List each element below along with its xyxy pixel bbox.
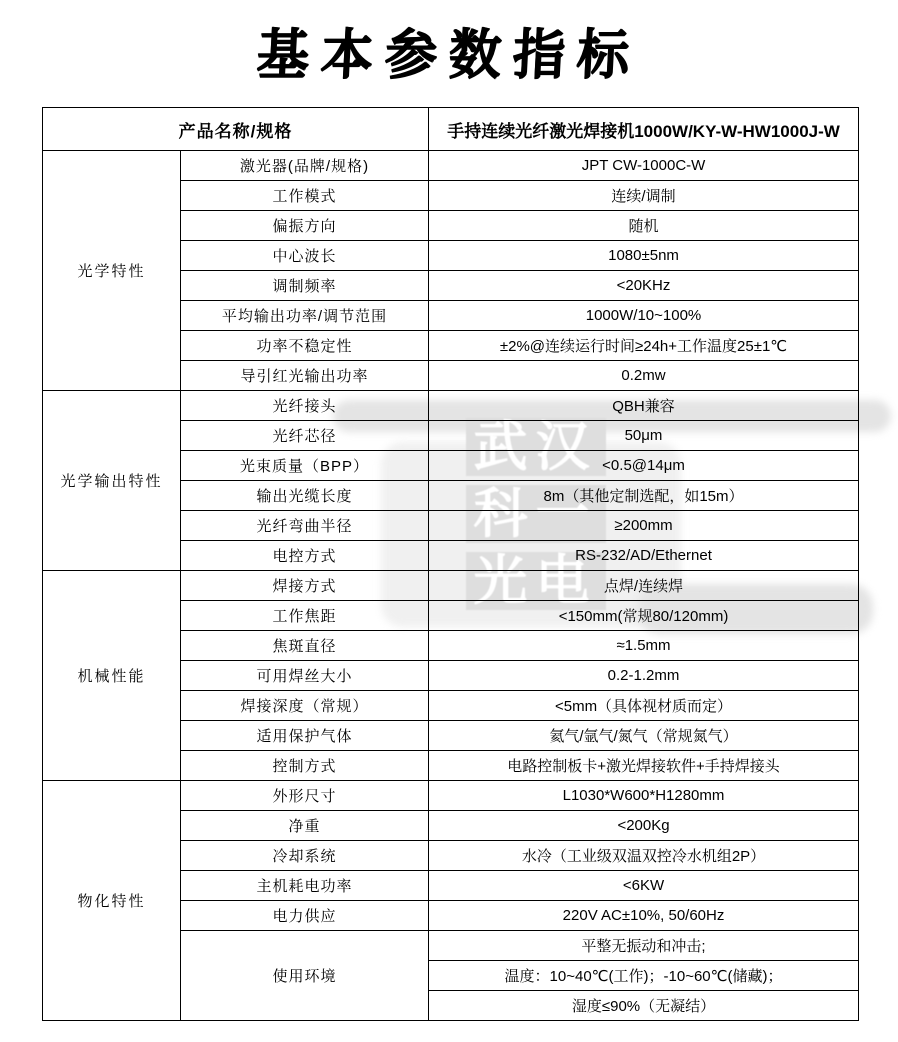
spec-value-cell: L1030*W600*H1280mm bbox=[429, 781, 859, 811]
spec-value-cell: 温度：10~40℃(工作)；-10~60℃(储藏)； bbox=[429, 961, 859, 991]
spec-value-cell: 220V AC±10%, 50/60Hz bbox=[429, 901, 859, 931]
spec-value-cell: 电路控制板卡+激光焊接软件+手持焊接头 bbox=[429, 751, 859, 781]
spec-label-cell: 光纤芯径 bbox=[181, 421, 429, 451]
spec-value-cell: 8m（其他定制选配，如15m） bbox=[429, 481, 859, 511]
spec-value-cell: <150mm(常规80/120mm) bbox=[429, 601, 859, 631]
spec-table: 产品名称/规格 手持连续光纤激光焊接机1000W/KY-W-HW1000J-W … bbox=[42, 107, 859, 1021]
spec-row: 物化特性外形尺寸L1030*W600*H1280mm bbox=[43, 781, 859, 811]
spec-label-cell: 使用环境 bbox=[181, 931, 429, 1021]
spec-value-cell: 1000W/10~100% bbox=[429, 301, 859, 331]
spec-label-cell: 主机耗电功率 bbox=[181, 871, 429, 901]
spec-label-cell: 净重 bbox=[181, 811, 429, 841]
spec-value-cell: ±2%@连续运行时间≥24h+工作温度25±1℃ bbox=[429, 331, 859, 361]
spec-label-cell: 工作焦距 bbox=[181, 601, 429, 631]
spec-value-cell: 点焊/连续焊 bbox=[429, 571, 859, 601]
spec-label-cell: 输出光缆长度 bbox=[181, 481, 429, 511]
page-title: 基本参数指标 bbox=[0, 11, 898, 89]
spec-value-cell: <6KW bbox=[429, 871, 859, 901]
spec-value-cell: 随机 bbox=[429, 211, 859, 241]
group-cell: 物化特性 bbox=[43, 781, 181, 1021]
spec-label-cell: 功率不稳定性 bbox=[181, 331, 429, 361]
spec-label-cell: 光纤弯曲半径 bbox=[181, 511, 429, 541]
spec-row: 机械性能焊接方式点焊/连续焊 bbox=[43, 571, 859, 601]
spec-value-cell: 氦气/氩气/氮气（常规氮气） bbox=[429, 721, 859, 751]
spec-value-cell: 水冷（工业级双温双控冷水机组2P） bbox=[429, 841, 859, 871]
spec-label-cell: 外形尺寸 bbox=[181, 781, 429, 811]
spec-value-cell: 1080±5nm bbox=[429, 241, 859, 271]
spec-value-cell: 0.2mw bbox=[429, 361, 859, 391]
spec-row: 光学特性激光器(品牌/规格)JPT CW-1000C-W bbox=[43, 151, 859, 181]
spec-value-cell: JPT CW-1000C-W bbox=[429, 151, 859, 181]
spec-row: 光学输出特性光纤接头QBH兼容 bbox=[43, 391, 859, 421]
spec-sheet-page: 基本参数指标 武汉 科一 光电 产品名称/规格 手持连续光纤激光焊接机1000W… bbox=[0, 0, 898, 1042]
spec-label-cell: 光纤接头 bbox=[181, 391, 429, 421]
spec-value-cell: <200Kg bbox=[429, 811, 859, 841]
group-cell: 光学输出特性 bbox=[43, 391, 181, 571]
spec-value-cell: ≈1.5mm bbox=[429, 631, 859, 661]
spec-label-cell: 可用焊丝大小 bbox=[181, 661, 429, 691]
spec-value-cell: RS-232/AD/Ethernet bbox=[429, 541, 859, 571]
spec-label-cell: 光束质量（BPP） bbox=[181, 451, 429, 481]
spec-label-cell: 焊接深度（常规） bbox=[181, 691, 429, 721]
header-product-model: 手持连续光纤激光焊接机1000W/KY-W-HW1000J-W bbox=[429, 108, 859, 151]
spec-value-cell: 0.2-1.2mm bbox=[429, 661, 859, 691]
spec-label-cell: 冷却系统 bbox=[181, 841, 429, 871]
spec-value-cell: 连续/调制 bbox=[429, 181, 859, 211]
spec-value-cell: 50μm bbox=[429, 421, 859, 451]
spec-label-cell: 偏振方向 bbox=[181, 211, 429, 241]
group-cell: 机械性能 bbox=[43, 571, 181, 781]
spec-value-cell: <5mm（具体视材质而定） bbox=[429, 691, 859, 721]
spec-label-cell: 焦斑直径 bbox=[181, 631, 429, 661]
spec-value-cell: QBH兼容 bbox=[429, 391, 859, 421]
group-cell: 光学特性 bbox=[43, 151, 181, 391]
spec-value-cell: ≥200mm bbox=[429, 511, 859, 541]
spec-label-cell: 激光器(品牌/规格) bbox=[181, 151, 429, 181]
header-product-name-label: 产品名称/规格 bbox=[43, 108, 429, 151]
spec-value-cell: <20KHz bbox=[429, 271, 859, 301]
spec-value-cell: 平整无振动和冲击; bbox=[429, 931, 859, 961]
spec-label-cell: 平均输出功率/调节范围 bbox=[181, 301, 429, 331]
spec-label-cell: 导引红光输出功率 bbox=[181, 361, 429, 391]
spec-label-cell: 控制方式 bbox=[181, 751, 429, 781]
spec-label-cell: 焊接方式 bbox=[181, 571, 429, 601]
spec-label-cell: 调制频率 bbox=[181, 271, 429, 301]
spec-label-cell: 适用保护气体 bbox=[181, 721, 429, 751]
spec-value-cell: 湿度≤90%（无凝结） bbox=[429, 991, 859, 1021]
header-row: 产品名称/规格 手持连续光纤激光焊接机1000W/KY-W-HW1000J-W bbox=[43, 108, 859, 151]
spec-label-cell: 工作模式 bbox=[181, 181, 429, 211]
spec-label-cell: 中心波长 bbox=[181, 241, 429, 271]
spec-value-cell: <0.5@14μm bbox=[429, 451, 859, 481]
spec-label-cell: 电力供应 bbox=[181, 901, 429, 931]
spec-label-cell: 电控方式 bbox=[181, 541, 429, 571]
